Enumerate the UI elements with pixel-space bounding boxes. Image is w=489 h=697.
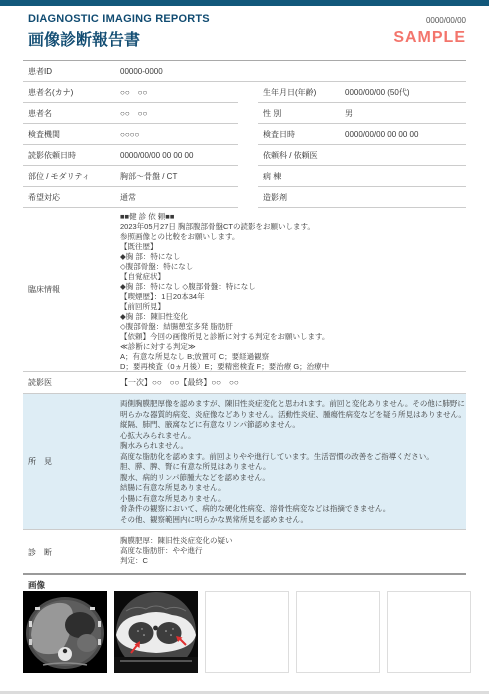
text-line: 胸膜肥厚：陳旧性炎症変化の疑い [120,536,462,546]
request-dept-label: 依頼科 / 依頼医 [258,150,345,161]
report-field-table: 患者ID 00000-0000 患者名(カナ) ○○ ○○ 生年月日(年齢) 0… [23,60,466,574]
text-line: D；要再検査（0ヵ月後）E；要精密検査 F；要治療 G；治療中 [120,362,462,372]
diagnosis-text: 胸膜肥厚：陳旧性炎症変化の疑い高度な脂肪肝：やや進行判定：C [120,530,466,574]
findings-text: 両側胸膜肥厚像を認めますが、陳旧性炎症変化と思われます。前回と変化ありません。そ… [120,394,470,529]
report-title-english: DIAGNOSTIC IMAGING REPORTS [28,13,210,25]
ct-abdomen-thumbnail [23,591,107,673]
clinical-info-label: 臨床情報 [23,284,120,295]
row-modality-ward: 部位 / モダリティ 胸部〜骨盤 / CT 病 棟 [23,166,466,187]
text-line: 2023年05月27日 胸部腹部骨盤CTの読影をお願いします。 [120,222,462,232]
facility-value: ○○○○ [120,130,238,139]
facility-label: 検査機関 [23,129,120,140]
request-datetime-label: 読影依頼日時 [23,150,120,161]
sex-label: 性 別 [258,108,345,119]
report-date: 0000/00/00 [393,16,466,25]
exam-datetime-value: 0000/00/00 00 00 00 [345,130,466,139]
ward-label: 病 棟 [258,171,345,182]
text-line: 高度な脂肪化を認めます。前回よりやや進行しています。生活習慣の改善をご指導くださ… [120,452,466,463]
radiologist-label: 読影医 [23,377,120,388]
priority-label: 希望対応 [23,192,120,203]
row-facility-examdate: 検査機関 ○○○○ 検査日時 0000/00/00 00 00 00 [23,124,466,145]
sample-watermark: SAMPLE [393,29,466,47]
findings-label: 所 見 [23,456,120,467]
row-priority-contrast: 希望対応 通常 造影剤 [23,187,466,208]
row-kana-birth: 患者名(カナ) ○○ ○○ 生年月日(年齢) 0000/00/00 (50代) [23,82,466,103]
text-line: ◆胸 部：特になし ◇腹部骨盤：特になし [120,282,462,292]
report-title-japanese: 画像診断報告書 [28,27,210,50]
images-section-divider [23,573,466,575]
text-line: 高度な脂肪肝：やや進行 [120,546,462,556]
radiologist-value: 【一次】○○ ○○【最終】○○ ○○ [120,377,466,388]
text-line: 【自覚症状】 [120,272,462,282]
text-line: ◇腹部骨盤：結腸憩室多発 脂肪肝 [120,322,462,332]
image-thumbnail-strip [23,591,471,673]
text-line: 小腸に有意な所見ありません。 [120,494,466,505]
text-line: その他、観察範囲内に明らかな異常所見を認めません。 [120,515,466,526]
text-line: 判定：C [120,556,462,566]
images-section-label: 画像 [28,579,45,591]
patient-id-label: 患者ID [23,66,120,77]
text-line: ◇腹部骨盤：特になし [120,262,462,272]
birthdate-label: 生年月日(年齢) [258,87,345,98]
text-line: 心拡大みられません。 [120,431,466,442]
text-line: 【喫煙歴】：1日20本34年 [120,292,462,302]
empty-image-slot-1 [205,591,289,673]
request-datetime-value: 0000/00/00 00 00 00 [120,151,238,160]
text-line: ■■健 診 依 頼■■ [120,212,462,222]
row-clinical-info: 臨床情報 ■■健 診 依 頼■■2023年05月27日 胸部腹部骨盤CTの読影を… [23,208,466,372]
text-line: 参照画像との比較をお願いします。 [120,232,462,242]
text-line: ≪診断に対する判定≫ [120,342,462,352]
diagnosis-label: 診 断 [23,547,120,558]
text-line: 骨条件の観察において、病的な硬化性病変、溶骨性病変などは指摘できません。 [120,504,466,515]
exam-datetime-label: 検査日時 [258,129,345,140]
ct-chest-thumbnail-with-arrows [114,591,198,673]
empty-image-slot-3 [387,591,471,673]
text-line: 明らかな器質的病変、炎症像などありません。活動性炎症、腫瘍性病変などを疑う所見は… [120,410,466,421]
row-request-dept: 読影依頼日時 0000/00/00 00 00 00 依頼科 / 依頼医 [23,145,466,166]
row-radiologist: 読影医 【一次】○○ ○○【最終】○○ ○○ [23,372,466,394]
birthdate-value: 0000/00/00 (50代) [345,87,466,98]
empty-image-slot-2 [296,591,380,673]
text-line: 胸水みられません。 [120,441,466,452]
text-line: 両側胸膜肥厚像を認めますが、陳旧性炎症変化と思われます。前回と変化ありません。そ… [120,399,466,410]
contrast-label: 造影剤 [258,192,345,203]
priority-value: 通常 [120,192,238,203]
text-line: ◆胸 部：特になし [120,252,462,262]
report-header: DIAGNOSTIC IMAGING REPORTS 画像診断報告書 0000/… [28,13,466,50]
text-line: 胆、膵、脾、腎に有意な所見はありません。 [120,462,466,473]
clinical-info-text: ■■健 診 依 頼■■2023年05月27日 胸部腹部骨盤CTの読影をお願いしま… [120,208,466,371]
patient-kana-value: ○○ ○○ [120,87,238,98]
text-line: 結腸に有意な所見ありません。 [120,483,466,494]
row-name-sex: 患者名 ○○ ○○ 性 別 男 [23,103,466,124]
text-line: A；有意な所見なし B;放置可 C；要経過観察 [120,352,462,362]
bottom-accent-bar [0,691,489,694]
text-line: ◆胸 部：陳旧性変化 [120,312,462,322]
patient-name-value: ○○ ○○ [120,108,238,119]
modality-value: 胸部〜骨盤 / CT [120,171,238,182]
modality-label: 部位 / モダリティ [23,171,120,182]
text-line: 【依頼】今回の画像所見と診断に対する判定をお願いします。 [120,332,462,342]
row-diagnosis: 診 断 胸膜肥厚：陳旧性炎症変化の疑い高度な脂肪肝：やや進行判定：C [23,530,466,574]
row-findings: 所 見 両側胸膜肥厚像を認めますが、陳旧性炎症変化と思われます。前回と変化ありま… [23,394,466,530]
sex-value: 男 [345,108,466,119]
row-patient-id: 患者ID 00000-0000 [23,61,466,82]
patient-name-label: 患者名 [23,108,120,119]
report-page: DIAGNOSTIC IMAGING REPORTS 画像診断報告書 0000/… [0,0,489,697]
top-accent-bar [0,0,489,6]
patient-id-value: 00000-0000 [120,67,466,76]
text-line: 腹水、病的リンパ節腫大などを認めません。 [120,473,466,484]
text-line: 縦隔、肺門、腋窩などに有意なリンパ節認めません。 [120,420,466,431]
patient-kana-label: 患者名(カナ) [23,87,120,98]
text-line: 【既往歴】 [120,242,462,252]
text-line: 【前回所見】 [120,302,462,312]
